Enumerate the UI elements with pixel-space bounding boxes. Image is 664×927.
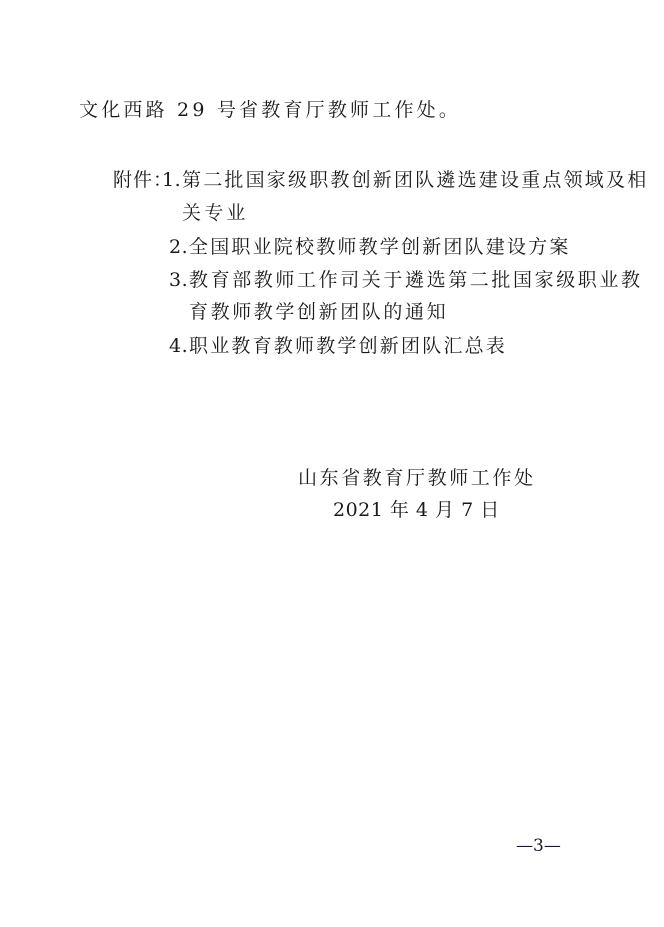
intro-text-tail: 文化西路 29 号省教育厅教师工作处。 bbox=[79, 98, 461, 122]
attachment-number-3: 3. bbox=[169, 268, 188, 292]
attachment-number-2: 2. bbox=[169, 235, 188, 259]
attachment-item-1-line1: 第二批国家级职教创新团队遴选建设重点领域及相 bbox=[182, 168, 648, 192]
signature-date: 2021 年 4 月 7 日 bbox=[333, 498, 500, 522]
attachment-item-2-line1: 全国职业院校教师教学创新团队建设方案 bbox=[189, 235, 571, 259]
attachment-number-4: 4. bbox=[169, 334, 188, 358]
attachment-item-4-line1: 职业教育教师教学创新团队汇总表 bbox=[189, 334, 507, 358]
signature-organization: 山东省教育厅教师工作处 bbox=[298, 466, 536, 490]
attachment-number-1: 1. bbox=[162, 168, 181, 192]
attachment-item-3-line2: 育教师教学创新团队的通知 bbox=[189, 300, 448, 324]
page-number: —3— bbox=[516, 835, 561, 857]
attachment-item-1-line2: 关专业 bbox=[182, 201, 249, 225]
attachment-item-3-line1: 教育部教师工作司关于遴选第二批国家级职业教 bbox=[189, 268, 643, 292]
